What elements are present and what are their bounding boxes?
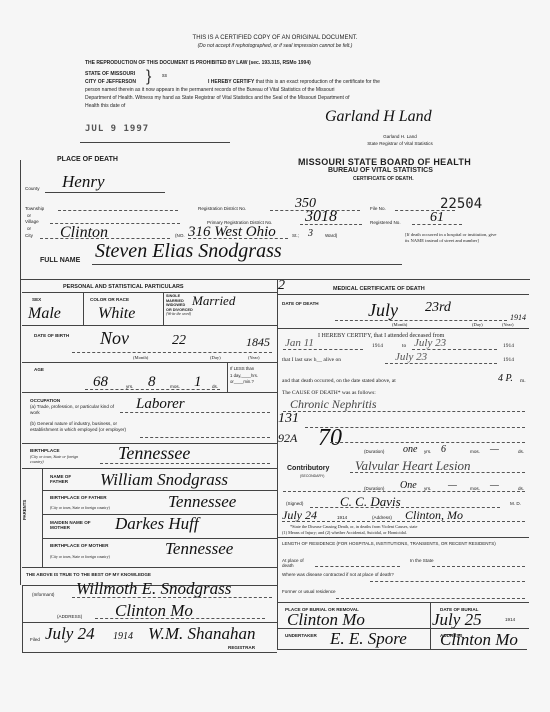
residence-bottom-line bbox=[277, 602, 529, 603]
dob-year: 1845 bbox=[246, 335, 270, 350]
form-left-border bbox=[20, 160, 21, 585]
cause-code-mark: 70 bbox=[318, 425, 342, 452]
father-name-value: William Snodgrass bbox=[100, 470, 228, 490]
father-birthplace-sub: (City or town, State or foreign country) bbox=[50, 506, 110, 510]
registered-no-value: 61 bbox=[430, 210, 444, 226]
age-line bbox=[85, 389, 220, 390]
footnote-1: *State the Disease Causing Death, or, in… bbox=[290, 524, 417, 529]
attended-to-year: 1914 bbox=[503, 343, 514, 349]
township-line bbox=[58, 210, 178, 211]
sex-divider bbox=[83, 292, 84, 325]
parents-bottom-line bbox=[22, 567, 277, 568]
last-saw-text: that I last saw h__ alive on bbox=[282, 357, 341, 363]
street-line bbox=[188, 238, 288, 239]
md-address-line bbox=[282, 521, 525, 522]
burial-date-value: July 25 bbox=[432, 610, 482, 630]
father-name-line bbox=[42, 490, 277, 491]
occupation-a-line bbox=[120, 412, 270, 413]
city-label: City bbox=[25, 233, 33, 238]
duration1-mos-label: mos. bbox=[470, 449, 480, 454]
m-label: m. bbox=[520, 378, 526, 384]
city-line bbox=[40, 238, 170, 239]
occupation-label: OCCUPATION bbox=[30, 398, 60, 403]
duration2-days: — bbox=[490, 480, 499, 491]
date-of-death-bottom-line bbox=[277, 328, 529, 329]
duration1-years: one bbox=[403, 444, 417, 455]
in-state-line bbox=[432, 566, 525, 567]
filed-label: Filed bbox=[30, 637, 40, 642]
county-value: Henry bbox=[62, 172, 104, 192]
informant-line bbox=[72, 597, 272, 598]
footnote-bottom-line bbox=[277, 537, 529, 538]
md-address-label: (Address) bbox=[372, 515, 392, 520]
registrar-label: REGISTRAR bbox=[228, 645, 255, 650]
mother-birthplace-value: Tennessee bbox=[165, 539, 233, 559]
duration1-days: — bbox=[490, 444, 499, 455]
attended-to-line bbox=[412, 349, 497, 350]
full-name-value: Steven Elias Snodgrass bbox=[95, 240, 282, 263]
cause-line bbox=[283, 411, 525, 412]
md-label: M. D. bbox=[510, 501, 521, 506]
registrar-signature-local: W.M. Shanahan bbox=[148, 624, 256, 644]
dob-month: Nov bbox=[100, 328, 129, 349]
day-caption: (Day) bbox=[210, 355, 221, 360]
dob-day: 22 bbox=[172, 333, 186, 349]
certified-copy-heading: THIS IS A CERTIFIED COPY OF AN ORIGINAL … bbox=[0, 35, 550, 41]
if-less-note: If LESS than 1 day,____hrs. or____min.? bbox=[230, 366, 258, 386]
medical-section-title: MEDICAL CERTIFICATE OF DEATH bbox=[333, 286, 425, 292]
hospital-note: [If death occurred in a hospital or inst… bbox=[405, 232, 500, 244]
mother-name-line bbox=[42, 538, 277, 539]
primary-registration-label: Primary Registration District No. bbox=[207, 220, 272, 225]
marital-note: (Write the word) bbox=[166, 312, 193, 317]
race-divider bbox=[163, 292, 164, 325]
birthplace-value: Tennessee bbox=[118, 443, 190, 464]
address-label: (ADDRESS) bbox=[57, 614, 82, 619]
certified-copy-note: (Do not accept if rephotographed, or if … bbox=[0, 43, 550, 49]
birthplace-line bbox=[100, 463, 270, 464]
form-bottom-line bbox=[22, 652, 277, 653]
marital-value: Married bbox=[192, 293, 235, 309]
at-place-line bbox=[315, 566, 400, 567]
attended-from-line bbox=[283, 349, 363, 350]
attended-to: July 23 bbox=[414, 337, 446, 349]
village-label: Village bbox=[25, 219, 39, 224]
row-line-3 bbox=[22, 392, 277, 393]
mother-name-label: MAIDEN NAME OF MOTHER bbox=[50, 520, 110, 530]
mother-name-value: Darkes Huff bbox=[115, 514, 199, 534]
last-saw-value: July 23 bbox=[395, 351, 427, 363]
date-stamp: JUL 9 1997 bbox=[85, 124, 149, 134]
st-label: St.; bbox=[292, 233, 299, 238]
secondary-label: (SECONDARY) bbox=[300, 474, 324, 478]
city-label: CITY OF JEFFERSON bbox=[85, 79, 136, 85]
certificate-title: CERTIFICATE OF DEATH. bbox=[353, 176, 414, 182]
burial-divider bbox=[430, 602, 431, 649]
row-line-5 bbox=[22, 468, 277, 469]
residence-title: LENGTH OF RESIDENCE (FOR HOSPITALS, INST… bbox=[282, 541, 522, 547]
age-label: AGE bbox=[34, 367, 44, 372]
row-line-2 bbox=[22, 362, 277, 363]
contracted-line bbox=[370, 581, 525, 582]
death-day: 23rd bbox=[425, 300, 451, 316]
attended-from: Jan 11 bbox=[285, 337, 314, 349]
burial-place-value: Clinton Mo bbox=[287, 610, 365, 630]
registered-no-label: Registered No. bbox=[370, 220, 401, 225]
board-title: MISSOURI STATE BOARD OF HEALTH bbox=[298, 157, 471, 167]
cause-code-2: 92A bbox=[278, 431, 297, 446]
age-divider bbox=[227, 362, 228, 392]
attended-from-year: 1914 bbox=[372, 343, 383, 349]
duration1-ds-label: ds. bbox=[518, 449, 524, 454]
death-year: 1914 bbox=[510, 313, 526, 322]
certify-bold: I HEREBY CERTIFY bbox=[208, 79, 254, 85]
certify-line-4: Health this date of bbox=[85, 103, 125, 109]
stamp-underline bbox=[80, 142, 230, 143]
burial-year: 1914 bbox=[505, 617, 515, 622]
occupation-b-line bbox=[140, 437, 270, 438]
informant-bottom-line bbox=[22, 622, 277, 623]
township-label: Township bbox=[25, 206, 44, 211]
parents-label: PARENTS bbox=[22, 500, 27, 520]
last-saw-year: 1914 bbox=[503, 357, 514, 363]
signed-label: (Signed) bbox=[286, 501, 303, 506]
father-birthplace-label: BIRTHPLACE OF FATHER bbox=[50, 495, 110, 500]
state-label: STATE OF MISSOURI bbox=[85, 71, 135, 77]
personal-section-title: PERSONAL AND STATISTICAL PARTICULARS bbox=[63, 284, 184, 290]
county-line bbox=[45, 192, 165, 193]
file-no-value: 22504 bbox=[440, 196, 482, 212]
cause-label: The CAUSE OF DEATH* was as follows: bbox=[282, 390, 376, 396]
date-of-death-label: DATE OF DEATH bbox=[282, 301, 319, 306]
race-value: White bbox=[98, 305, 135, 323]
column-divider bbox=[277, 279, 278, 649]
form-left-border-lower bbox=[22, 585, 23, 652]
or-label-1: or bbox=[27, 213, 31, 218]
place-of-death-label: PLACE OF DEATH bbox=[57, 156, 118, 163]
race-label: COLOR OR RACE bbox=[90, 297, 129, 302]
ss-label: ss bbox=[162, 73, 167, 79]
father-birthplace-value: Tennessee bbox=[168, 492, 236, 512]
death-month: July bbox=[368, 300, 398, 321]
death-occurred-text: and that death occurred, on the date sta… bbox=[282, 378, 396, 384]
date-of-death-line bbox=[335, 320, 507, 321]
cause-line-3 bbox=[330, 442, 525, 443]
year-caption: (Year) bbox=[248, 355, 260, 360]
occupation-value: Laborer bbox=[136, 396, 185, 413]
birthplace-label: BIRTHPLACE bbox=[30, 448, 60, 453]
month-caption: (Month) bbox=[133, 355, 148, 360]
duration2-line bbox=[283, 491, 525, 492]
at-place-label: At place of death bbox=[282, 558, 312, 568]
personal-title-line bbox=[22, 292, 277, 293]
if-less-1: If LESS than bbox=[230, 366, 258, 373]
certify-line-3: Department of Health. Witness my hand as… bbox=[85, 95, 505, 101]
death-time: 4 P. bbox=[498, 373, 513, 384]
marital-options: SINGLE MARRIED WIDOWED OR DIVORCED (Writ… bbox=[166, 294, 193, 317]
death-day-caption: (Day) bbox=[472, 322, 483, 327]
former-residence-line bbox=[336, 598, 525, 599]
duration1-months: 6 bbox=[441, 444, 446, 455]
cause-code-1: 131 bbox=[278, 411, 299, 427]
full-name-label: FULL NAME bbox=[40, 257, 80, 264]
ward-label: Ward) bbox=[325, 233, 337, 238]
section-divider bbox=[20, 279, 530, 280]
last-saw-line bbox=[385, 363, 497, 364]
ward-value: 3 bbox=[308, 228, 313, 239]
sign-year: 1914 bbox=[337, 515, 347, 520]
row-line-1 bbox=[22, 325, 277, 326]
duration-label-1: (Duration) bbox=[364, 449, 384, 454]
occupation-b-label: (b) General nature of industry, business… bbox=[30, 421, 140, 432]
brace-icon: } bbox=[146, 69, 151, 85]
contracted-label: Where was disease contracted if not at p… bbox=[282, 572, 397, 578]
in-state-label: In the State bbox=[410, 558, 435, 563]
father-name-label: NAME OF FATHER bbox=[50, 474, 90, 484]
former-residence-label: Former or usual residence bbox=[282, 589, 337, 595]
duration2-years: One bbox=[400, 480, 417, 491]
cause-value: Chronic Nephritis bbox=[290, 397, 377, 412]
undertaker-address-value: Clinton Mo bbox=[440, 630, 518, 650]
registrar-name: Garland H. Land bbox=[340, 134, 460, 139]
mother-birthplace-label: BIRTHPLACE OF MOTHER bbox=[50, 543, 110, 548]
if-less-3: or____min.? bbox=[230, 379, 258, 386]
medical-title-line bbox=[277, 294, 529, 295]
undertaker-value: E. E. Spore bbox=[330, 629, 407, 649]
parents-divider bbox=[42, 468, 43, 567]
or-label-2: or bbox=[27, 226, 31, 231]
informant-value: Willmoth E. Snodgrass bbox=[76, 579, 231, 599]
primary-registration-line bbox=[300, 224, 362, 225]
registrar-title: State Registrar of Vital Statistics bbox=[340, 141, 460, 146]
duration2-months: — bbox=[448, 480, 457, 491]
occupation-a-label: (a) Trade, profession, or particular kin… bbox=[30, 404, 120, 415]
full-name-line bbox=[92, 264, 402, 265]
death-year-caption: (Year) bbox=[502, 322, 514, 327]
filed-year: 1914 bbox=[113, 631, 133, 642]
certify-line-1: I HEREBY CERTIFY that this is an exact r… bbox=[208, 79, 508, 85]
death-month-caption: (Month) bbox=[392, 322, 407, 327]
certify-text-1: that this is an exact reproduction of th… bbox=[256, 79, 380, 85]
undertaker-label: UNDERTAKER bbox=[285, 633, 317, 638]
contributory-label: Contributory bbox=[287, 465, 329, 472]
certify-line-2: person named therein as it now appears i… bbox=[85, 87, 505, 93]
registration-district-label: Registration District No. bbox=[198, 206, 246, 211]
sex-label: SEX bbox=[32, 297, 41, 302]
file-no-label: File No. bbox=[370, 206, 386, 211]
to-label: to bbox=[402, 343, 406, 349]
true-statement: THE ABOVE IS TRUE TO THE BEST OF MY KNOW… bbox=[26, 572, 151, 577]
county-label: County bbox=[25, 186, 40, 191]
margin-number: 2 bbox=[278, 278, 285, 294]
sex-value: Male bbox=[28, 305, 61, 323]
footnote-2: (1) Means of Injury; and (2) whether Acc… bbox=[282, 530, 407, 535]
mother-birthplace-sub: (City or town, State or foreign country) bbox=[50, 555, 110, 559]
reproduction-prohibited: THE REPRODUCTION OF THIS DOCUMENT IS PRO… bbox=[85, 60, 311, 66]
duration1-yrs-label: yrs. bbox=[424, 449, 431, 454]
informant-address-line bbox=[95, 618, 265, 619]
dob-line bbox=[72, 352, 272, 353]
contributory-line bbox=[350, 472, 525, 473]
bureau-title: BUREAU OF VITAL STATISTICS bbox=[328, 167, 433, 174]
birthplace-sub: (City or town, State or foreign country) bbox=[30, 454, 80, 464]
informant-label: (Informant) bbox=[32, 592, 54, 597]
dob-label: DATE OF BIRTH bbox=[34, 333, 69, 338]
registrar-signature: Garland H Land bbox=[325, 108, 432, 126]
street-no-label: (NO. bbox=[175, 233, 185, 238]
filed-date: July 24 bbox=[45, 624, 95, 644]
